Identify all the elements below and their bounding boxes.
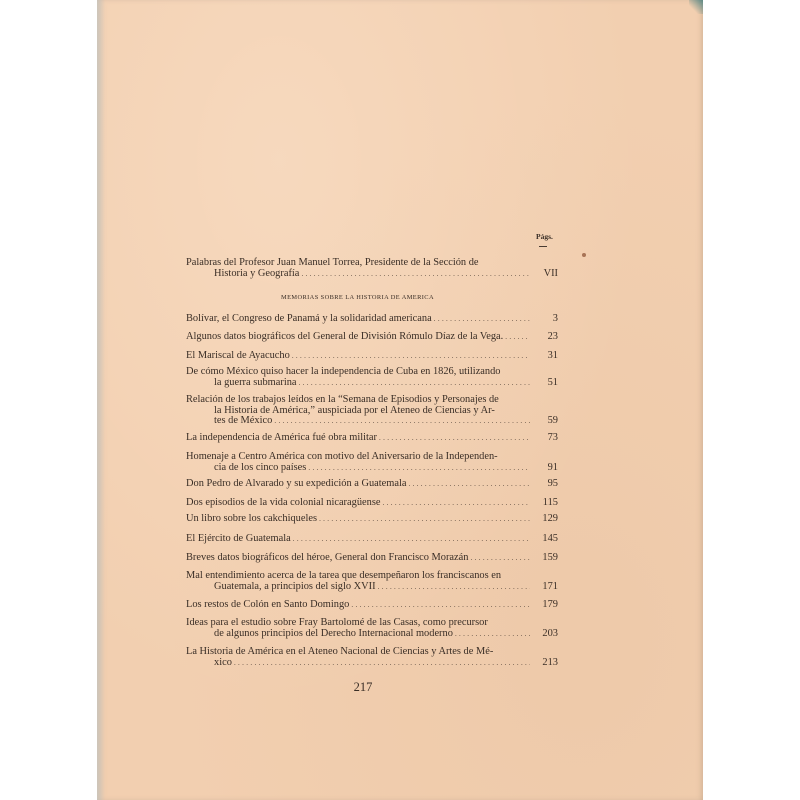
entry-page-number: 179 [528, 599, 558, 610]
entry-page-number: VII [528, 268, 558, 279]
ink-spot [582, 253, 586, 257]
entry-page-number: 23 [528, 331, 558, 342]
entry-continuation-line: de algunos principios del Derecho Intern… [214, 628, 530, 640]
entry-page-number: 145 [528, 533, 558, 544]
header-underline [539, 246, 547, 247]
entry-continuation-line: Guatemala, a principios del siglo XVII [214, 581, 530, 593]
entry-title-line: Algunos datos biográficos del General de… [186, 331, 530, 343]
entry-page-number: 95 [528, 478, 558, 489]
entry-continuation-line: xico [214, 657, 530, 669]
entry-title-line: Un libro sobre los cakchiqueles [186, 513, 530, 525]
entry-continuation-line: cia de los cinco países [214, 462, 530, 474]
entry-title-line: El Mariscal de Ayacucho [186, 350, 530, 362]
section-heading: MEMORIAS SOBRE LA HISTORIA DE AMERICA [185, 294, 530, 301]
book-page: Págs. MEMORIAS SOBRE LA HISTORIA DE AMER… [97, 0, 703, 800]
entry-title-line: Los restos de Colón en Santo Domingo [186, 599, 530, 611]
entry-continuation-line: tes de México [214, 415, 530, 427]
entry-page-number: 129 [528, 513, 558, 524]
entry-title-line: Don Pedro de Alvarado y su expedición a … [186, 478, 530, 490]
entry-page-number: 213 [528, 657, 558, 668]
entry-title-line: Breves datos biográficos del héroe, Gene… [186, 552, 530, 564]
entry-continuation-line: Historia y Geografía [214, 268, 530, 280]
entry-title-line: Dos episodios de la vida colonial nicara… [186, 497, 530, 509]
entry-page-number: 51 [528, 377, 558, 388]
entry-title-line: El Ejército de Guatemala [186, 533, 530, 545]
entry-page-number: 31 [528, 350, 558, 361]
folio-page-number: 217 [343, 680, 383, 695]
entry-title-line: La independencia de América fué obra mil… [186, 432, 530, 444]
entry-page-number: 115 [528, 497, 558, 508]
entry-page-number: 91 [528, 462, 558, 473]
entry-title-line: Bolívar, el Congreso de Panamá y la soli… [186, 313, 530, 325]
entry-page-number: 59 [528, 415, 558, 426]
entry-page-number: 73 [528, 432, 558, 443]
entry-page-number: 171 [528, 581, 558, 592]
entry-page-number: 3 [528, 313, 558, 324]
pages-column-header: Págs. [536, 232, 553, 241]
entry-page-number: 203 [528, 628, 558, 639]
entry-continuation-line: la guerra submarina [214, 377, 530, 389]
entry-page-number: 159 [528, 552, 558, 563]
